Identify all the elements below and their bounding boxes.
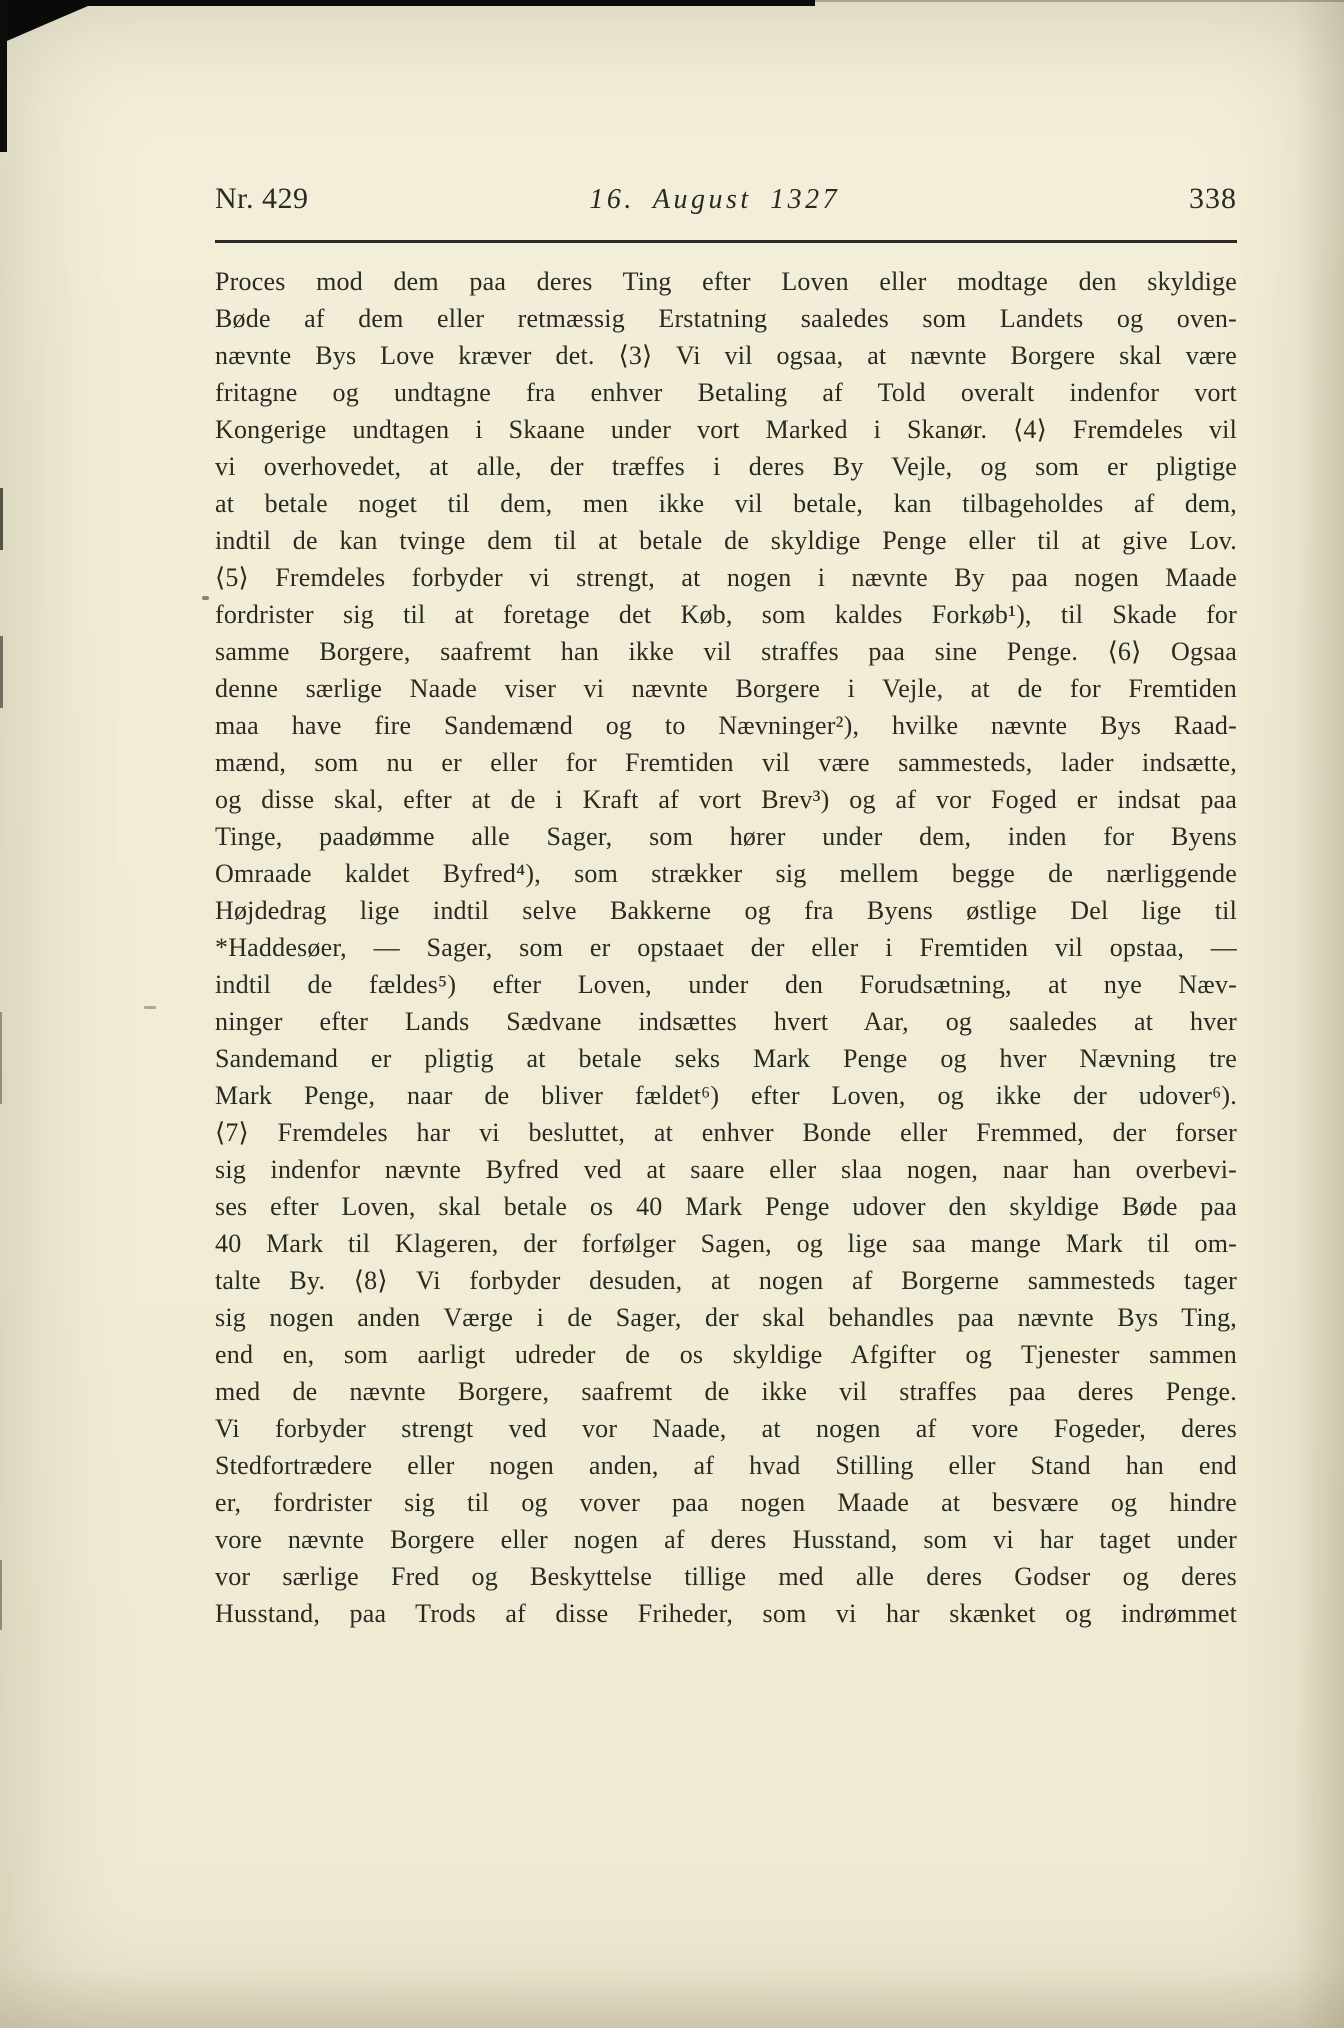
text-line: sig indenfor nævnte Byfred ved at saare … [215,1151,1237,1188]
text-line: Vi forbyder strengt ved vor Naade, at no… [215,1410,1237,1447]
text-line: fritagne og undtagne fra enhver Betaling… [215,374,1237,411]
text-line: fordrister sig til at foretage det Køb, … [215,596,1237,633]
text-line: Proces mod dem paa deres Ting efter Love… [215,263,1237,300]
text-line: Omraade kaldet Byfred⁴), som strækker si… [215,855,1237,892]
text-line: mænd, som nu er eller for Fremtiden vil … [215,744,1237,781]
text-line: vi overhovedet, at alle, der træffes i d… [215,448,1237,485]
scan-left-edge-mark [0,488,3,550]
text-line: vore nævnte Borgere eller nogen af deres… [215,1521,1237,1558]
text-line: ses efter Loven, skal betale os 40 Mark … [215,1188,1237,1225]
text-line: Kongerige undtagen i Skaane under vort M… [215,411,1237,448]
scan-edge-top-bar [0,0,815,6]
scan-right-shading [1296,0,1344,2028]
page-number: 338 [1189,182,1237,216]
text-line: vor særlige Fred og Beskyttelse tillige … [215,1558,1237,1595]
paper-speck [202,596,209,600]
text-line: Bøde af dem eller retmæssig Erstatning s… [215,300,1237,337]
text-line: ninger efter Lands Sædvane indsættes hve… [215,1003,1237,1040]
running-header: Nr. 429 16. August 1327 338 [215,182,1237,234]
text-line: og disse skal, efter at de i Kraft af vo… [215,781,1237,818]
scan-left-edge-mark [0,0,7,152]
text-line: indtil de fældes⁵) efter Loven, under de… [215,966,1237,1003]
text-line: Højdedrag lige indtil selve Bakkerne og … [215,892,1237,929]
text-line: *Haddesøer, — Sager, som er opstaaet der… [215,929,1237,966]
scanned-book-page: Nr. 429 16. August 1327 338 Proces mod d… [0,0,1344,2028]
text-line: denne særlige Naade viser vi nævnte Borg… [215,670,1237,707]
text-line: indtil de kan tvinge dem til at betale d… [215,522,1237,559]
text-line: Mark Penge, naar de bliver fældet⁶) efte… [215,1077,1237,1114]
text-line: med de nævnte Borgere, saafremt de ikke … [215,1373,1237,1410]
text-line: Husstand, paa Trods af disse Friheder, s… [215,1595,1237,1632]
text-line: nævnte Bys Love kræver det. ⟨3⟩ Vi vil o… [215,337,1237,374]
scan-left-edge-mark [0,1012,2,1104]
text-line: 40 Mark til Klageren, der forfølger Sage… [215,1225,1237,1262]
scan-corner-blob [0,0,102,44]
paper-speck [144,1006,156,1009]
text-line: at betale noget til dem, men ikke vil be… [215,485,1237,522]
header-date: 16. August 1327 [589,184,840,216]
text-line: maa have fire Sandemænd og to Nævninger²… [215,707,1237,744]
text-line: ⟨7⟩ Fremdeles har vi besluttet, at enhve… [215,1114,1237,1151]
text-line: Tinge, paadømme alle Sager, som hører un… [215,818,1237,855]
scan-edge-top-right-line [815,0,1344,2]
text-line: Stedfortrædere eller nogen anden, af hva… [215,1447,1237,1484]
scan-bottom-shading [0,1968,1344,2028]
document-number: Nr. 429 [215,182,309,216]
text-line: end en, som aarligt udreder de os skyldi… [215,1336,1237,1373]
text-line: samme Borgere, saafremt han ikke vil str… [215,633,1237,670]
text-line: talte By. ⟨8⟩ Vi forbyder desuden, at no… [215,1262,1237,1299]
text-line: sig nogen anden Værge i de Sager, der sk… [215,1299,1237,1336]
scan-left-edge-mark [0,1560,2,1630]
text-line: er, fordrister sig til og vover paa noge… [215,1484,1237,1521]
text-line: ⟨5⟩ Fremdeles forbyder vi strengt, at no… [215,559,1237,596]
scan-left-edge-mark [0,636,3,708]
text-line: Sandemand er pligtig at betale seks Mark… [215,1040,1237,1077]
header-rule [215,240,1237,243]
page-content: Nr. 429 16. August 1327 338 Proces mod d… [215,182,1237,1632]
body-text: Proces mod dem paa deres Ting efter Love… [215,263,1237,1632]
